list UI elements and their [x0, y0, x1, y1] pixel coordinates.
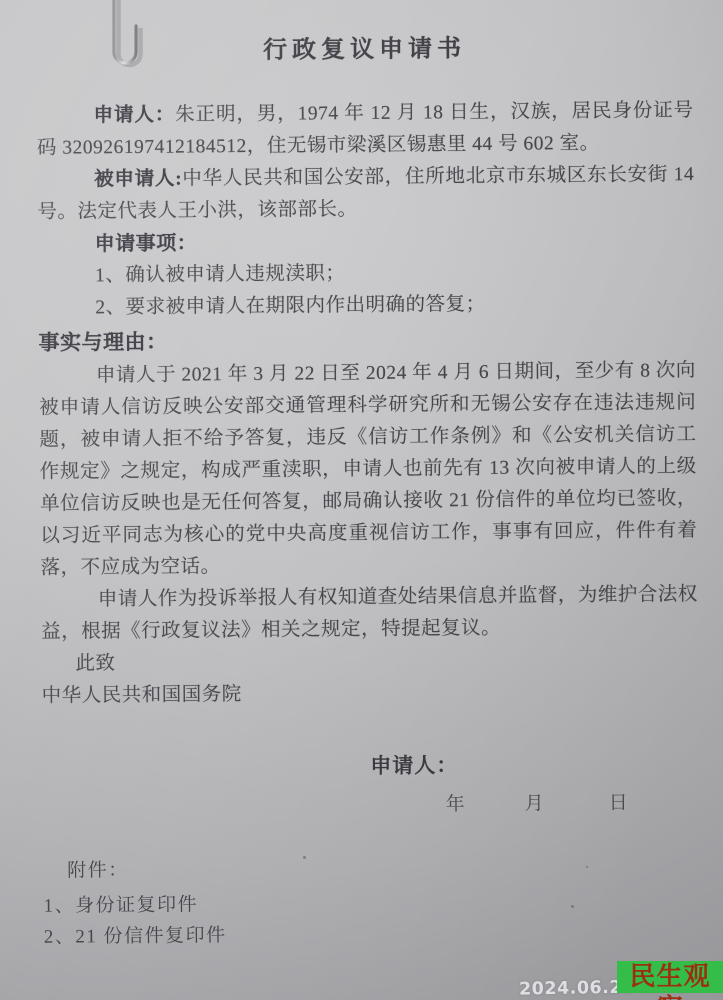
- applicant-label: 申请人：: [94, 105, 176, 127]
- facts-heading: 事实与理由：: [38, 319, 695, 361]
- signature-label: 申请人：: [370, 749, 458, 780]
- facts-paragraph-2: 申请人作为投诉举报人有权知道查处结果信息并监督，为维护合法权益，根据《行政复议法…: [41, 579, 699, 649]
- respondent-label: 被申请人:: [94, 169, 182, 191]
- dust-speck: [571, 905, 574, 908]
- applicant-paragraph: 申请人：朱正明，男，1974 年 12 月 18 日生，汉族，居民身份证号码 3…: [37, 95, 695, 165]
- dust-speck: [586, 866, 588, 868]
- date-month-label: 月: [525, 788, 544, 815]
- facts-paragraph-1: 申请人于 2021 年 3 月 22 日至 2024 年 4 月 6 日期间，至…: [39, 355, 698, 585]
- page-title: 行政复议申请书: [36, 31, 693, 69]
- date-year-label: 年: [446, 789, 465, 816]
- closing-addressee: 中华人民共和国国务院: [42, 675, 699, 713]
- attachments-heading: 附件：: [67, 855, 129, 883]
- watermark-badge: 民生观察: [617, 961, 723, 993]
- document-page: 行政复议申请书 申请人：朱正明，男，1974 年 12 月 18 日生，汉族，居…: [0, 0, 723, 1000]
- document-photo: 行政复议申请书 申请人：朱正明，男，1974 年 12 月 18 日生，汉族，居…: [0, 0, 723, 1000]
- attachment-item-2: 2、21 份信件复印件: [44, 920, 227, 949]
- date-day-label: 日: [609, 788, 628, 815]
- attachment-item-1: 1、身份证复印件: [43, 889, 198, 917]
- dust-speck: [303, 856, 306, 859]
- respondent-paragraph: 被申请人:中华人民共和国公安部，住所地北京市东城区东长安街 14 号。法定代表人…: [37, 159, 695, 229]
- document-body: 行政复议申请书 申请人：朱正明，男，1974 年 12 月 18 日生，汉族，居…: [36, 31, 699, 713]
